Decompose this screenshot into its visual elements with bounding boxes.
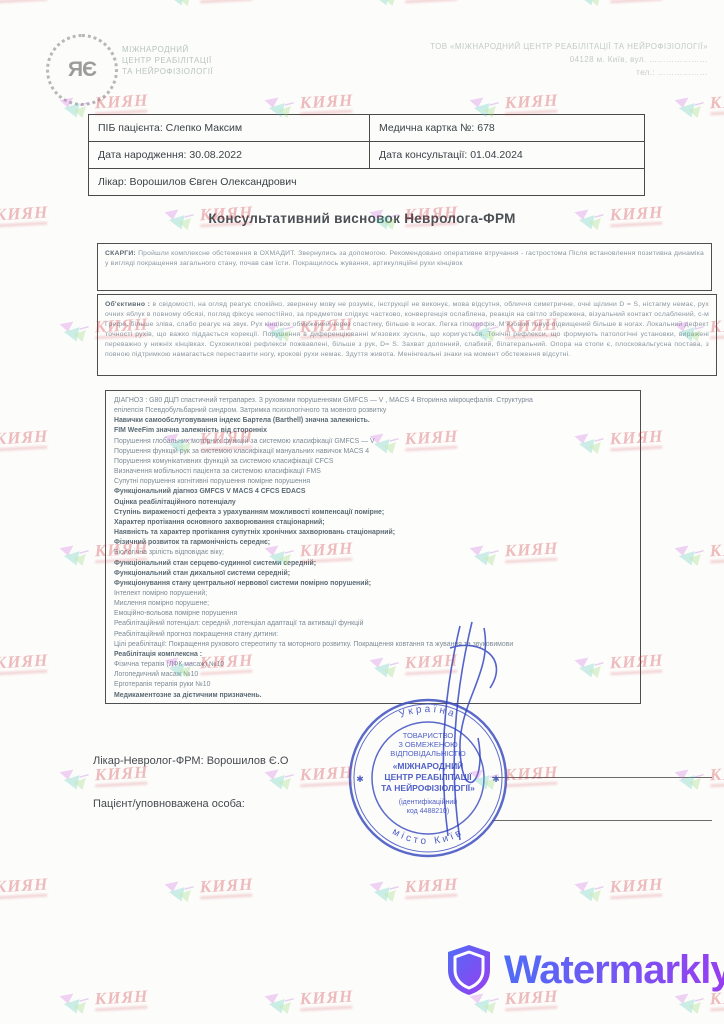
bird-icon (259, 993, 294, 1019)
pen-signature (390, 618, 550, 848)
watermark-caption (710, 782, 724, 788)
diagnosis-line: Біологічна зрілість відповідає віку; (114, 548, 632, 558)
watermark-caption (405, 894, 457, 900)
watermark-caption (0, 894, 47, 900)
watermark-caption (95, 1006, 147, 1012)
bird-icon (569, 0, 604, 10)
doctor-signature-label: Лікар-Невролог-ФРМ: Ворошилов Є.О (93, 755, 288, 767)
watermark-caption (610, 0, 662, 3)
watermark-caption (200, 0, 252, 3)
clinic-name-line: ЦЕНТР РЕАБІЛІТАЦІЇ (122, 55, 213, 66)
watermark-caption (710, 558, 724, 564)
watermark-text: КИЯН (94, 766, 148, 783)
watermark-text: КИЯН (709, 766, 724, 783)
diagnosis-line: Визначення мобільності пацієнта за систе… (114, 467, 632, 477)
watermark-tile: КИЯН (669, 542, 724, 571)
watermark-caption (0, 446, 47, 452)
diagnosis-line: Мислення помірно порушене; (114, 599, 632, 609)
bird-icon (364, 881, 399, 907)
bird-icon (669, 97, 704, 123)
diagnosis-line: Функціональний стан дихальної системи се… (114, 569, 632, 579)
diagnosis-line: епілепсія Псевдобульбарний синдром. Затр… (114, 406, 632, 416)
diagnosis-line: Навички самообслуговування індекс Бартел… (114, 416, 632, 426)
diagnosis-line: Супутні порушення когнітивні порушення п… (114, 477, 632, 487)
bird-icon (54, 993, 89, 1019)
diagnosis-line: Характер протікання основного захворюван… (114, 518, 632, 528)
complaints-label: СКАРГИ: (105, 250, 136, 257)
watermarkly-label: Watermarkly (504, 948, 724, 993)
table-row: Лікар: Ворошилов Євген Олександрович (89, 169, 644, 195)
birth-date-cell: Дата народження: 30.08.2022 (89, 142, 370, 168)
watermarkly-badge: Watermarkly (446, 944, 724, 996)
watermark-caption (610, 894, 662, 900)
watermark-caption (0, 670, 47, 676)
watermark-tile: КИЯН (159, 0, 254, 10)
diagnosis-line: Наявність та характер протікання супутні… (114, 528, 632, 538)
bird-icon (159, 881, 194, 907)
objective-text: Об'єктивно : в свідомості, на огляд реаг… (105, 300, 709, 360)
bird-icon (464, 993, 499, 1019)
bird-icon (54, 321, 89, 347)
document-page: ЯЄ МІЖНАРОДНИЙ ЦЕНТР РЕАБІЛІТАЦІЇ ТА НЕЙ… (0, 0, 724, 1024)
bird-icon (364, 0, 399, 10)
watermark-caption (710, 1006, 724, 1012)
patient-name-cell: ПІБ пацієнта: Слепко Максим (89, 115, 370, 141)
watermark-caption (95, 782, 147, 788)
objective-box: Об'єктивно : в свідомості, на огляд реаг… (97, 294, 717, 376)
consult-date-cell: Дата консультації: 01.04.2024 (370, 142, 644, 168)
watermark-tile: КИЯН (0, 654, 49, 683)
watermark-tile: КИЯН (0, 878, 49, 907)
bird-icon (669, 769, 704, 795)
bird-icon (669, 993, 704, 1019)
objective-label: Об'єктивно : (105, 301, 150, 308)
clinic-company-line: ТОВ «МІЖНАРОДНИЙ ЦЕНТР РЕАБІЛІТАЦІЇ ТА Н… (430, 40, 708, 53)
objective-body: в свідомості, на огляд реагує спокійно, … (105, 301, 709, 358)
watermark-caption (200, 894, 252, 900)
bird-icon (569, 881, 604, 907)
watermark-text: КИЯН (199, 878, 253, 895)
page-title: Консультативний висновок Невролога-ФРМ (0, 211, 724, 226)
diagnosis-line: Реабілітаційний потенціал: середній ,пот… (114, 619, 632, 629)
clinic-name-line: МІЖНАРОДНИЙ (122, 44, 213, 55)
bird-icon (669, 545, 704, 571)
watermark-caption (405, 0, 457, 3)
diagnosis-line: Логопедичний масаж №10 (114, 670, 632, 680)
stamp-star: ✱ (356, 774, 364, 784)
diagnosis-box: ДІАГНОЗ : G80 ДЦП спастичний тетрапарез.… (105, 390, 641, 704)
watermark-tile: КИЯН (54, 990, 149, 1019)
clinic-logo: ЯЄ (46, 34, 118, 106)
bird-icon (159, 0, 194, 10)
watermark-text: КИЯН (504, 94, 558, 111)
watermark-text: КИЯН (0, 878, 49, 895)
watermark-caption (710, 110, 724, 116)
diagnosis-line: Функціонування стану центральної нервово… (114, 579, 632, 589)
diagnosis-line: Функціональний діагноз GMFCS V MACS 4 CF… (114, 487, 632, 497)
diagnosis-line: Реабілітаційний прогноз покращення стану… (114, 630, 632, 640)
watermark-text: КИЯН (609, 878, 663, 895)
complaints-text: СКАРГИ: Пройшли комплексне обстеження в … (105, 249, 704, 269)
clinic-logo-monogram: ЯЄ (68, 58, 96, 82)
watermark-tile: КИЯН (669, 766, 724, 795)
watermark-text: КИЯН (0, 430, 49, 447)
watermark-tile: КИЯН (259, 990, 354, 1019)
diagnosis-line: Порушення глобальних моторних функцій за… (114, 437, 632, 447)
complaints-body: Пройшли комплексне обстеження в ОХМАДИТ.… (105, 250, 704, 267)
bird-icon (259, 769, 294, 795)
watermark-tile: КИЯН (669, 94, 724, 123)
diagnosis-line: FIM WeeFim значна залежність від сторонн… (114, 426, 632, 436)
diagnosis-line: ДІАГНОЗ : G80 ДЦП спастичний тетрапарез.… (114, 396, 632, 406)
watermark-caption (0, 0, 47, 3)
watermark-tile: КИЯН (569, 878, 664, 907)
watermark-tile: КИЯН (0, 0, 49, 10)
watermark-tile: КИЯН (569, 0, 664, 10)
watermark-caption (300, 1006, 352, 1012)
diagnosis-line: Фізична терапія (ЛФК масаж) №10 (114, 660, 632, 670)
diagnosis-line: Фізичний розвиток та гармонічність серед… (114, 538, 632, 548)
watermark-tile: КИЯН (159, 878, 254, 907)
shield-icon (446, 944, 492, 996)
watermark-text: КИЯН (0, 654, 49, 671)
bird-icon (54, 545, 89, 571)
watermark-text: КИЯН (94, 990, 148, 1007)
doctor-name-cell: Лікар: Ворошилов Євген Олександрович (89, 169, 644, 195)
medical-card-cell: Медична картка №: 678 (370, 115, 644, 141)
watermark-caption (505, 1006, 557, 1012)
table-row: ПІБ пацієнта: Слепко Максим Медична карт… (89, 115, 644, 142)
diagnosis-line: Порушення функцій рук за системою класиф… (114, 447, 632, 457)
clinic-name-left: МІЖНАРОДНИЙ ЦЕНТР РЕАБІЛІТАЦІЇ ТА НЕЙРОФ… (122, 44, 213, 77)
diagnosis-line: Інтелект помірно порушений; (114, 589, 632, 599)
watermark-tile: КИЯН (364, 0, 459, 10)
clinic-name-line: ТА НЕЙРОФІЗІОЛОГІЇ (122, 66, 213, 77)
watermark-tile: КИЯН (364, 878, 459, 907)
diagnosis-line: Ступінь вираженості дефекта з урахування… (114, 508, 632, 518)
diagnosis-line: Функціональний стан серцево-судинної сис… (114, 559, 632, 569)
watermark-text: КИЯН (709, 94, 724, 111)
watermark-text: КИЯН (709, 542, 724, 559)
diagnosis-line: Порушення комунікативних функцій за сист… (114, 457, 632, 467)
clinic-phone-line: тел.: ……………… (430, 66, 708, 79)
diagnosis-line: Цілі реабілітації: Покращення рухового с… (114, 640, 632, 650)
clinic-contacts: ТОВ «МІЖНАРОДНИЙ ЦЕНТР РЕАБІЛІТАЦІЇ ТА Н… (430, 40, 708, 79)
diagnosis-line: Оцінка реабілітаційного потенціалу (114, 498, 632, 508)
diagnosis-line: Реабілітація комплексна : (114, 650, 632, 660)
diagnosis-line: Емоційно-вольова помірне порушення (114, 609, 632, 619)
table-row: Дата народження: 30.08.2022 Дата консуль… (89, 142, 644, 169)
watermark-tile: КИЯН (0, 430, 49, 459)
watermark-text: КИЯН (299, 990, 353, 1007)
patient-info-table: ПІБ пацієнта: Слепко Максим Медична карт… (88, 114, 645, 196)
watermark-text: КИЯН (404, 878, 458, 895)
bird-icon (54, 769, 89, 795)
watermark-tile: КИЯН (54, 766, 149, 795)
watermark-text: КИЯН (299, 94, 353, 111)
complaints-box: СКАРГИ: Пройшли комплексне обстеження в … (97, 243, 712, 291)
clinic-address-line: 04128 м. Київ, вул. ………………… (430, 53, 708, 66)
patient-signature-label: Пацієнт/уповноважена особа: (93, 798, 245, 810)
